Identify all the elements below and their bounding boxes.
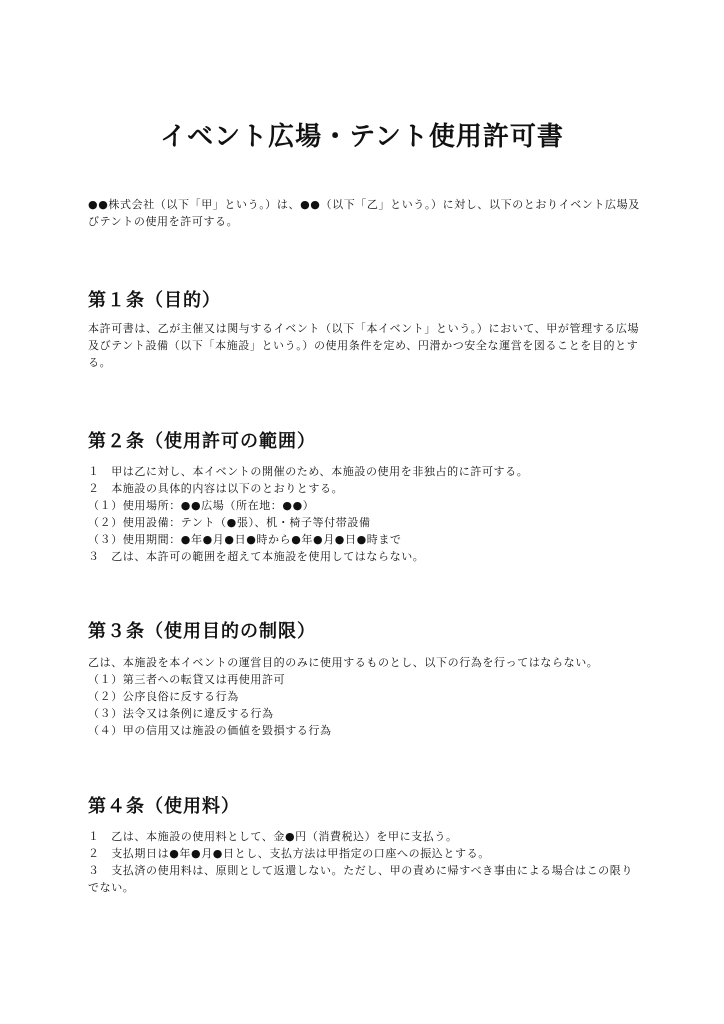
article-1-body: 本許可書は、乙が主催又は関与するイベント（以下「本イベント」という。）において、… (88, 320, 640, 371)
document-page: イベント広場・テント使用許可書 ●●株式会社（以下「甲」という。）は、●●（以下… (0, 0, 724, 1024)
document-title: イベント広場・テント使用許可書 (0, 116, 724, 153)
article-2-line: ２ 本施設の具体的内容は以下のとおりとする。 (88, 480, 640, 497)
article-4-body: １ 乙は、本施設の使用料として、金●円（消費税込）を甲に支払う。 ２ 支払期日は… (88, 828, 640, 896)
article-3-line: （３）法令又は条例に違反する行為 (88, 705, 640, 722)
article-3-line: （４）甲の信用又は施設の価値を毀損する行為 (88, 722, 640, 739)
article-2-body: １ 甲は乙に対し、本イベントの開催のため、本施設の使用を非独占的に許可する。 ２… (88, 463, 640, 565)
article-3-line: （１）第三者への転貸又は再使用許可 (88, 671, 640, 688)
article-3-line: 乙は、本施設を本イベントの運営目的のみに使用するものとし、以下の行為を行ってはな… (88, 654, 640, 671)
article-2-line: （２）使用設備：テント（●張）、机・椅子等付帯設備 (88, 514, 640, 531)
preamble: ●●株式会社（以下「甲」という。）は、●●（以下「乙」という。）に対し、以下のと… (88, 196, 640, 230)
article-4-line: ３ 支払済の使用料は、原則として返還しない。ただし、甲の責めに帰すべき事由による… (88, 862, 640, 896)
article-2-line: １ 甲は乙に対し、本イベントの開催のため、本施設の使用を非独占的に許可する。 (88, 463, 640, 480)
article-4-heading: 第４条（使用料） (88, 792, 240, 818)
article-1-heading: 第１条（目的） (88, 286, 221, 312)
article-2-line: ３ 乙は、本許可の範囲を超えて本施設を使用してはならない。 (88, 548, 640, 565)
article-2-heading: 第２条（使用許可の範囲） (88, 427, 316, 453)
article-3-heading: 第３条（使用目的の制限） (88, 617, 316, 643)
article-3-line: （２）公序良俗に反する行為 (88, 688, 640, 705)
article-2-line: （１）使用場所：●●広場（所在地：●●） (88, 497, 640, 514)
article-4-line: ２ 支払期日は●年●月●日とし、支払方法は甲指定の口座への振込とする。 (88, 845, 640, 862)
article-2-line: （３）使用期間：●年●月●日●時から●年●月●日●時まで (88, 531, 640, 548)
article-4-line: １ 乙は、本施設の使用料として、金●円（消費税込）を甲に支払う。 (88, 828, 640, 845)
article-3-body: 乙は、本施設を本イベントの運営目的のみに使用するものとし、以下の行為を行ってはな… (88, 654, 640, 739)
